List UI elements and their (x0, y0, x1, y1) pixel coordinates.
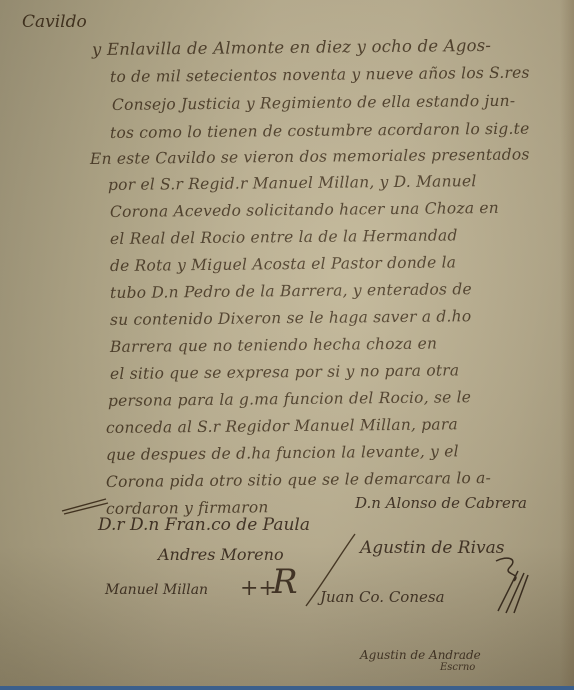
flourish-icon (60, 495, 110, 515)
text-line: que despues de d.ha funcion la levante, … (106, 442, 459, 464)
shadow (0, 546, 574, 686)
text-line: Corona pida otro sitio que se le demarca… (106, 469, 491, 491)
text-line: persona para la g.ma funcion del Rocio, … (108, 388, 471, 410)
text-line: de Rota y Miguel Acosta el Pastor donde … (110, 253, 456, 275)
text-line: tubo D.n Pedro de la Barrera, y enterado… (110, 280, 472, 302)
text-line: el sitio que se expresa por si y no para… (110, 361, 459, 383)
signature-alonso: D.n Alonso de Cabrera (355, 494, 527, 512)
margin-note: Cavildo (22, 12, 87, 32)
text-line: En este Cavildo se vieron dos memoriales… (90, 145, 530, 168)
text-line: el Real del Rocio entre la de la Hermand… (110, 226, 458, 248)
taskbar-edge (0, 686, 574, 690)
text-line: Corona Acevedo solicitando hacer una Cho… (110, 199, 499, 221)
text-line: su contenido Dixeron se le haga saver a … (110, 307, 472, 329)
text-line: Consejo Justicia y Regimiento de ella es… (112, 92, 515, 114)
text-line: y Enlavilla de Almonte en diez y ocho de… (92, 36, 491, 59)
page-edge (560, 0, 574, 686)
manuscript-page: Cavildo y Enlavilla de Almonte en diez y… (0, 0, 574, 686)
text-line: tos como lo tienen de costumbre acordaro… (110, 120, 530, 142)
text-line: to de mil setecientos noventa y nueve añ… (110, 64, 530, 86)
text-line: por el S.r Regid.r Manuel Millan, y D. M… (108, 172, 477, 194)
text-line: conceda al S.r Regidor Manuel Millan, pa… (106, 415, 458, 437)
signature-francisco: D.r D.n Fran.co de Paula (98, 515, 310, 535)
text-line: Barrera que no teniendo hecha choza en (110, 335, 437, 356)
